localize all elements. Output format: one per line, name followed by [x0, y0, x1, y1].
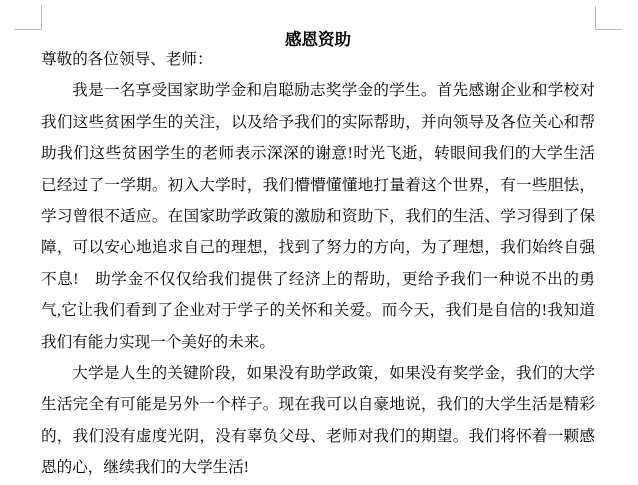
document-title: 感恩资助	[41, 30, 595, 50]
document-page[interactable]: 感恩资助 尊敬的各位领导、老师： 我是一名享受国家助学金和启聪励志奖学金的学生。…	[0, 0, 638, 485]
text-line: 生活完全有可能是另外一个样子。现在我可以自豪地说，我们的大学生活是精彩	[41, 396, 595, 414]
text-line: 已经过了一学期。初入大学时，我们懵懵懂懂地打量着这个世界，有一些胆怯，	[41, 177, 595, 195]
text-line: 不息! 助学金不仅仅给我们提供了经济上的帮助，更给予我们一种说不出的勇	[41, 271, 595, 289]
text-line: 我们这些贫困学生的关注，以及给予我们的实际帮助，并向领导及各位关心和帮	[41, 114, 595, 132]
paragraph-end-line: 恩的心，继续我们的大学生活!	[41, 459, 595, 477]
margin-crop-mark-top-left	[14, 5, 42, 30]
paragraph-end-line: 我们有能力实现一个美好的未来。	[41, 334, 595, 352]
text-line: 助我们这些贫困学生的老师表示深深的谢意!时光飞逝，转眼间我们的大学生活	[41, 145, 595, 163]
text-line: 学习曾很不适应。在国家助学政策的激励和资助下，我们的生活、学习得到了保	[41, 208, 595, 226]
margin-crop-mark-top-right	[595, 6, 622, 30]
text-line: 我是一名享受国家助学金和启聪励志奖学金的学生。首先感谢企业和学校对	[41, 82, 595, 100]
text-line: 大学是人生的关键阶段，如果没有助学政策，如果没有奖学金，我们的大学	[41, 365, 595, 383]
text-line: 障，可以安心地追求自己的理想，找到了努力的方向，为了理想，我们始终自强	[41, 239, 595, 257]
text-line: 气,它让我们看到了企业对于学子的关怀和关爱。而今天，我们是自信的!我知道	[41, 302, 595, 320]
salutation-line: 尊敬的各位领导、老师：	[41, 51, 595, 69]
text-line: 的，我们没有虚度光阴，没有辜负父母、老师对我们的期望。我们将怀着一颗感	[41, 428, 595, 446]
